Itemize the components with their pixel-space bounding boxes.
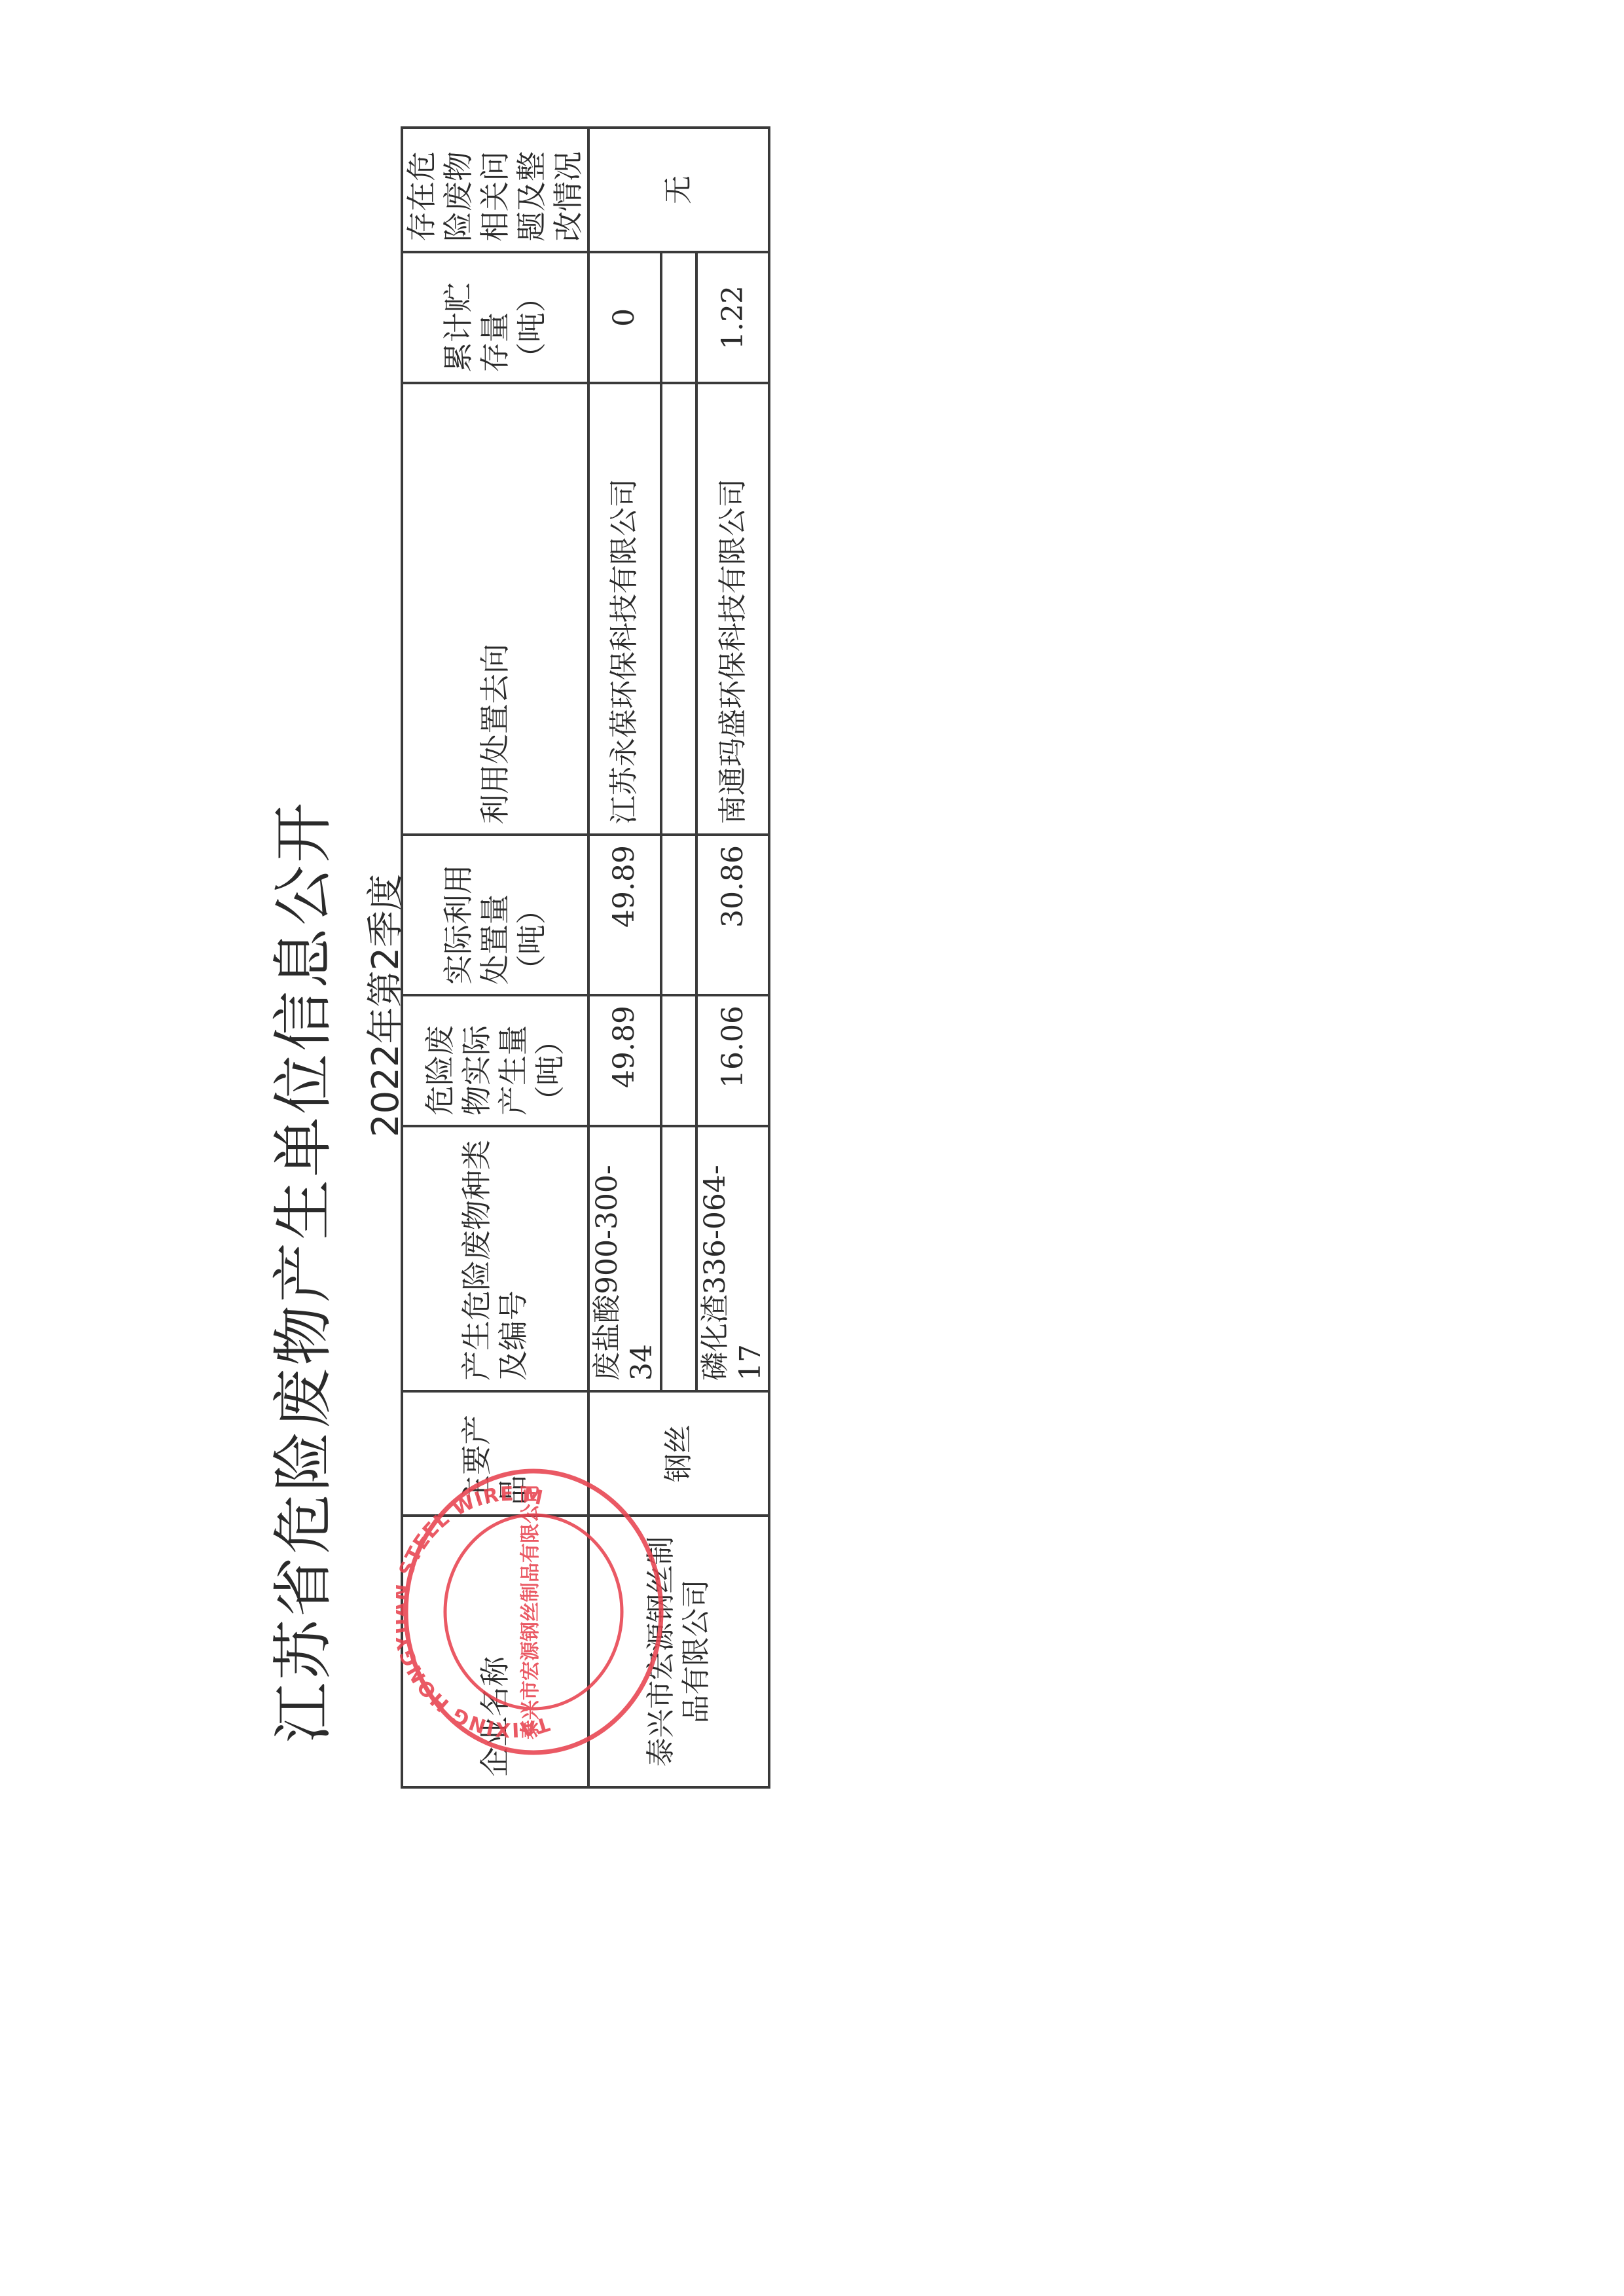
table-header-row: 企业名称 主要产品 产生危险废物种类及编号 危险废物实际产生量（吨） 实际利用处… [402, 128, 588, 1787]
waste-type-code-cell [661, 1126, 696, 1391]
document-title: 江苏省危险废物产生单位信息公开 [255, 106, 342, 1743]
hazardous-waste-table: 企业名称 主要产品 产生危险废物种类及编号 危险废物实际产生量（吨） 实际利用处… [401, 126, 770, 1789]
disposal-destination-cell: 江苏永葆环保科技有限公司 [588, 383, 661, 835]
header-disposal-destination: 利用处置去向 [402, 383, 588, 835]
company-name-cell: 泰兴市宏源钢丝制品有限公司 [588, 1516, 770, 1787]
header-cumulative-storage: 累计贮存量（吨） [402, 252, 588, 383]
document-sheet: 江苏省危险废物产生单位信息公开 2022年第2季度 企业名称 主要产品 产生危险… [0, 0, 1624, 2296]
actual-disposed-cell: 49.89 [588, 835, 661, 995]
disposal-destination-cell [661, 383, 696, 835]
waste-type-code-cell: 磷化渣336-064-17 [696, 1126, 769, 1391]
header-actual-disposed: 实际利用处置量（吨） [402, 835, 588, 995]
header-waste-type-code: 产生危险废物种类及编号 [402, 1126, 588, 1391]
cumulative-storage-cell: 0 [588, 252, 661, 383]
waste-type-code-cell: 废盐酸900-300-34 [588, 1126, 661, 1391]
actual-generated-cell: 16.06 [696, 995, 769, 1126]
actual-generated-cell [661, 995, 696, 1126]
disposal-destination-cell: 南通玛盛环保科技有限公司 [696, 383, 769, 835]
actual-disposed-cell: 30.86 [696, 835, 769, 995]
issues-rectification-cell: 无 [588, 128, 770, 252]
cumulative-storage-cell [661, 252, 696, 383]
actual-generated-cell: 49.89 [588, 995, 661, 1126]
header-company-name: 企业名称 [402, 1516, 588, 1787]
header-actual-generated: 危险废物实际产生量（吨） [402, 995, 588, 1126]
cumulative-storage-cell: 1.22 [696, 252, 769, 383]
header-main-product: 主要产品 [402, 1391, 588, 1516]
header-issues-rectification: 存在危险废物相关问题及整改情况 [402, 128, 588, 252]
table-row: 泰兴市宏源钢丝制品有限公司 钢丝 废盐酸900-300-34 49.89 49.… [588, 128, 661, 1787]
main-product-cell: 钢丝 [588, 1391, 770, 1516]
actual-disposed-cell [661, 835, 696, 995]
